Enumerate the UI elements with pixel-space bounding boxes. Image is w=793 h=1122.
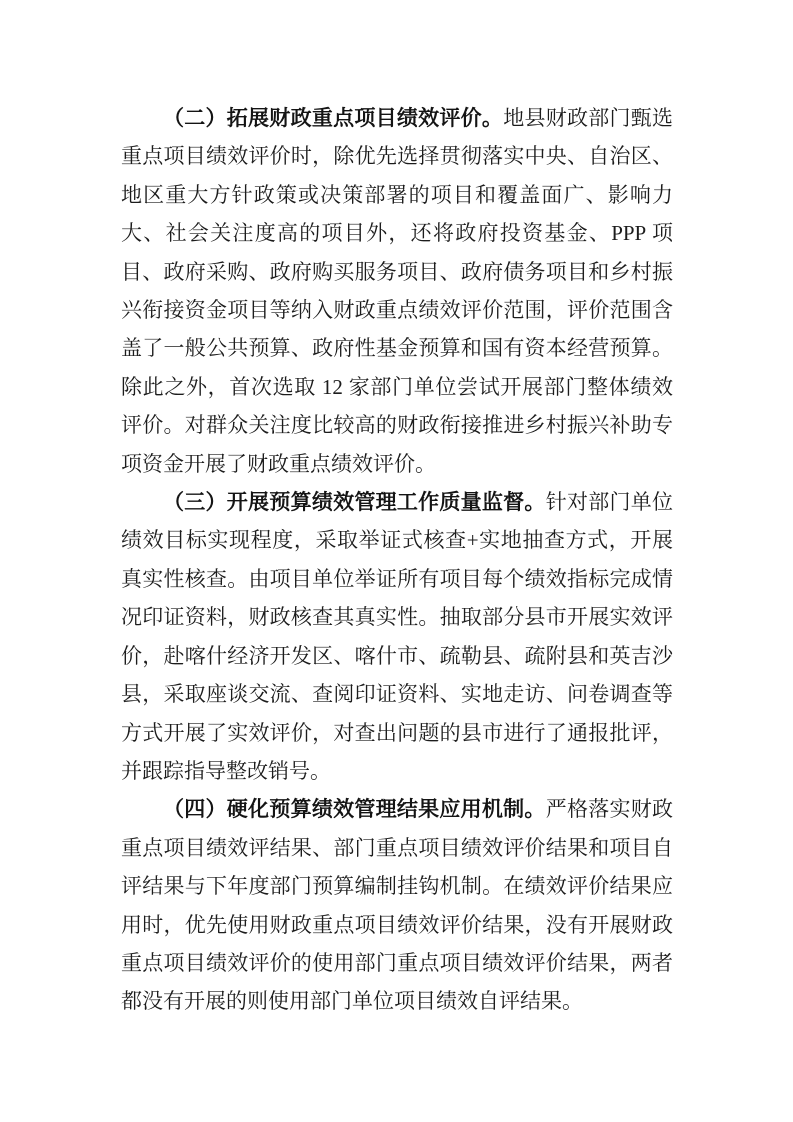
document-text-block: （二）拓展财政重点项目绩效评价。地县财政部门甄选重点项目绩效评价时，除优先选择贯… [121, 99, 673, 1021]
paragraph-2: （二）拓展财政重点项目绩效评价。地县财政部门甄选重点项目绩效评价时，除优先选择贯… [121, 99, 673, 483]
document-page: （二）拓展财政重点项目绩效评价。地县财政部门甄选重点项目绩效评价时，除优先选择贯… [0, 0, 793, 1122]
paragraph-3: （三）开展预算绩效管理工作质量监督。针对部门单位绩效目标实现程度，采取举证式核查… [121, 483, 673, 790]
paragraph-4-heading: （四）硬化预算绩效管理结果应用机制。 [163, 797, 546, 821]
paragraph-2-heading: （二）拓展财政重点项目绩效评价。 [163, 106, 503, 130]
paragraph-3-heading: （三）开展预算绩效管理工作质量监督。 [163, 490, 546, 514]
paragraph-4: （四）硬化预算绩效管理结果应用机制。严格落实财政重点项目绩效评结果、部门重点项目… [121, 790, 673, 1020]
paragraph-4-body: 严格落实财政重点项目绩效评结果、部门重点项目绩效评价结果和项目自评结果与下年度部… [121, 797, 673, 1013]
paragraph-2-body: 地县财政部门甄选重点项目绩效评价时，除优先选择贯彻落实中央、自治区、地区重大方针… [121, 106, 673, 476]
paragraph-3-body: 针对部门单位绩效目标实现程度，采取举证式核查+实地抽查方式，开展真实性核查。由项… [121, 490, 673, 783]
